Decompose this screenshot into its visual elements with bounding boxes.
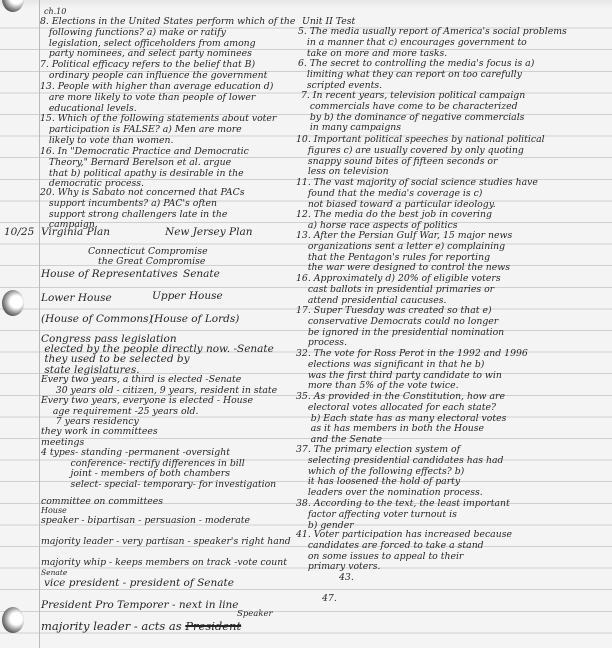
majority-whip-line: majority whip - keeps members on track -… <box>41 558 287 569</box>
left-answer-8: 8. Elections in the United States perfor… <box>40 17 295 60</box>
left-answer-13: 13. People with higher than average educ… <box>40 82 273 114</box>
right-answer-41: 41. Voter participation has increased be… <box>296 530 512 573</box>
right-answer-5: 5. The media usually report of America's… <box>298 27 567 59</box>
pro-tempore-line: President Pro Temporer - next in line <box>41 600 239 611</box>
senate-terms: Every two years, a third is elected -Sen… <box>41 375 277 396</box>
notebook-page: ch.10 8. Elections in the United States … <box>0 0 612 648</box>
right-answer-32: 32. The vote for Ross Perot in the 1992 … <box>296 349 528 392</box>
blank-item-43: 43. <box>339 573 354 584</box>
senate-majority-leader-line: majority leader - acts as President <box>41 621 241 632</box>
house-of-lords: (House of Lords) <box>150 314 239 325</box>
blank-item-47: 47. <box>322 594 337 605</box>
date-label: 10/25 <box>4 227 34 238</box>
left-answer-15: 15. Which of the following statements ab… <box>40 114 276 146</box>
right-answer-17: 17. Super Tuesday was created so that e)… <box>296 306 504 349</box>
house-of-commons: (House of Commons) <box>41 314 153 325</box>
compromise-subtitle: the Great Compromise <box>98 257 205 268</box>
majority-leader-line: majority leader - very partisan - speake… <box>41 537 291 548</box>
lower-house: Lower House <box>41 293 112 304</box>
left-answer-7: 7. Political efficacy refers to the beli… <box>40 60 267 82</box>
binder-hole-top <box>2 0 24 12</box>
left-answer-16: 16. In "Democratic Practice and Democrat… <box>40 147 249 190</box>
new-jersey-plan: New Jersey Plan <box>165 227 253 238</box>
right-answer-11: 11. The vast majority of social science … <box>296 178 538 210</box>
house-terms: Every two years, everyone is elected - H… <box>41 396 253 428</box>
upper-house: Upper House <box>152 291 223 302</box>
speaker-line: speaker - bipartisan - persuasion - mode… <box>41 516 250 527</box>
right-answer-37: 37. The primary election system of selec… <box>296 445 504 499</box>
binder-hole-bottom <box>2 607 24 633</box>
vice-president-line: vice president - president of Senate <box>44 578 234 589</box>
right-answer-38: 38. According to the text, the least imp… <box>296 499 510 531</box>
binder-hole-middle <box>2 290 24 316</box>
house-of-representatives: House of Representatives <box>41 269 178 280</box>
right-answer-6: 6. The secret to controlling the media's… <box>298 59 534 91</box>
right-answer-16: 16. Approximately d) 20% of eligible vot… <box>296 274 501 306</box>
left-answer-20: 20. Why is Sabato not concerned that PAC… <box>40 188 244 231</box>
right-answer-7: 7. In recent years, television political… <box>298 91 525 134</box>
right-answer-35: 35. As provided in the Constitution, how… <box>296 392 506 446</box>
senate-majority-leader-text: majority leader - acts as <box>41 619 182 633</box>
committee-notes: they work in committees meetings 4 types… <box>41 427 276 490</box>
struck-word: President <box>185 619 241 633</box>
right-answer-12: 12. The media do the best job in coverin… <box>296 210 492 232</box>
correction-word: Speaker <box>237 609 273 619</box>
right-answer-13: 13. After the Persian Gulf War, 15 major… <box>296 231 512 274</box>
congress-notes: Congress pass legislation elected by the… <box>41 334 274 375</box>
right-answer-10: 10. Important political speeches by nati… <box>296 135 545 178</box>
virginia-plan: Virginia Plan <box>41 227 110 238</box>
senate-label: Senate <box>183 269 220 280</box>
page-top-edge <box>0 0 612 8</box>
